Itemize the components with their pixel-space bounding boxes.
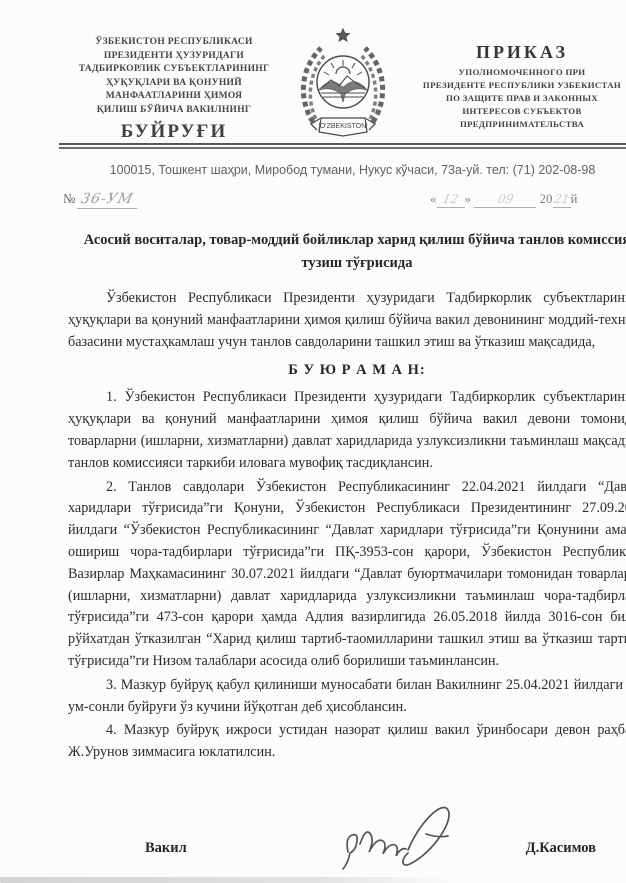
year-letter: й <box>571 191 578 206</box>
order-item-1: 1. Ўзбекистон Республикаси Президенти ҳу… <box>68 387 626 474</box>
handwritten-day: 12 <box>441 192 459 206</box>
order-item-2: 2. Танлов савдолари Ўзбекистон Республик… <box>68 477 626 673</box>
signatory-name: Д.Касимов <box>526 840 596 857</box>
org-line: ТАДБИРКОРЛИК СУБЪЕКТЛАРИНИНГ <box>60 63 288 77</box>
handwritten-year: 21 <box>552 192 570 206</box>
letterhead-divider <box>59 143 626 149</box>
address-line: 100015, Тошкент шаҳри, Миробод тумани, Н… <box>40 163 626 177</box>
signature-row: Вакил Д.Касимов <box>68 840 626 857</box>
year-prefix: 20 <box>540 191 553 206</box>
order-item-3: 3. Мазкур буйруқ қабул қилиниши муносаба… <box>68 675 626 719</box>
org-line: ЎЗБЕКИСТОН РЕСПУБЛИКАСИ <box>60 36 288 50</box>
handwritten-month: 09 <box>496 192 514 206</box>
document-page: ЎЗБЕКИСТОН РЕСПУБЛИКАСИ ПРЕЗИДЕНТИ ҲУЗУР… <box>0 0 626 883</box>
scanned-order-document: ЎЗБЕКИСТОН РЕСПУБЛИКАСИ ПРЕЗИДЕНТИ ҲУЗУР… <box>0 0 626 883</box>
letterhead-org-uzbek: ЎЗБЕКИСТОН РЕСПУБЛИКАСИ ПРЕЗИДЕНТИ ҲУЗУР… <box>60 36 288 144</box>
org-line: УПОЛНОМОЧЕННОГО ПРИ <box>398 66 626 79</box>
uzbekistan-state-emblem-icon: O'ZBEKISTON <box>291 26 395 156</box>
document-title: Асосий воситалар, товар-моддий бойликлар… <box>68 229 626 275</box>
document-date: «12» 09 2021й <box>430 191 577 208</box>
org-line: ПРЕЗИДЕНТИ ҲУЗУРИДАГИ <box>60 50 288 64</box>
letterhead-org-russian: ПРИКАЗ УПОЛНОМОЧЕННОГО ПРИ ПРЕЗИДЕНТЕ РЕ… <box>398 40 626 131</box>
org-line: ҲУҚУҚЛАРИ ВА ҚОНУНИЙ <box>60 77 288 91</box>
order-item-4: 4. Мазкур буйруқ ижроси устидан назорат … <box>68 720 626 764</box>
emblem-ribbon-text: O'ZBEKISTON <box>320 123 366 130</box>
number-label: № <box>63 191 75 206</box>
document-number: № 36-УМ <box>63 191 139 209</box>
org-line: ПРЕЗИДЕНТЕ РЕСПУБЛИКИ УЗБЕКИСТАН <box>398 79 626 92</box>
org-line: ПО ЗАЩИТЕ ПРАВ И ЗАКОННЫХ <box>398 92 626 105</box>
document-body: Асосий воситалар, товар-моддий бойликлар… <box>68 229 626 764</box>
org-line: ИНТЕРЕСОВ СУБЪЕКТОВ <box>398 105 626 118</box>
signatory-title: Вакил <box>145 840 187 857</box>
handwritten-number: 36-УМ <box>77 191 141 209</box>
document-type-russian: ПРИКАЗ <box>398 40 626 64</box>
close-quote: » <box>465 191 472 206</box>
org-line: ҚИЛИШ БЎЙИЧА ВАКИЛНИНГ <box>60 104 288 118</box>
scan-edge-artifact <box>0 877 455 883</box>
document-type-uzbek: БУЙРУҒИ <box>60 120 288 144</box>
preamble-paragraph: Ўзбекистон Республикаси Президенти ҳузур… <box>68 288 626 353</box>
order-word: Б У Ю Р А М А Н: <box>68 362 626 379</box>
org-line: МАНФААТЛАРИНИ ҲИМОЯ <box>60 90 288 104</box>
org-line: ПРЕДПРИНИМАТЕЛЬСТВА <box>398 118 626 131</box>
handwritten-signature <box>338 800 473 878</box>
